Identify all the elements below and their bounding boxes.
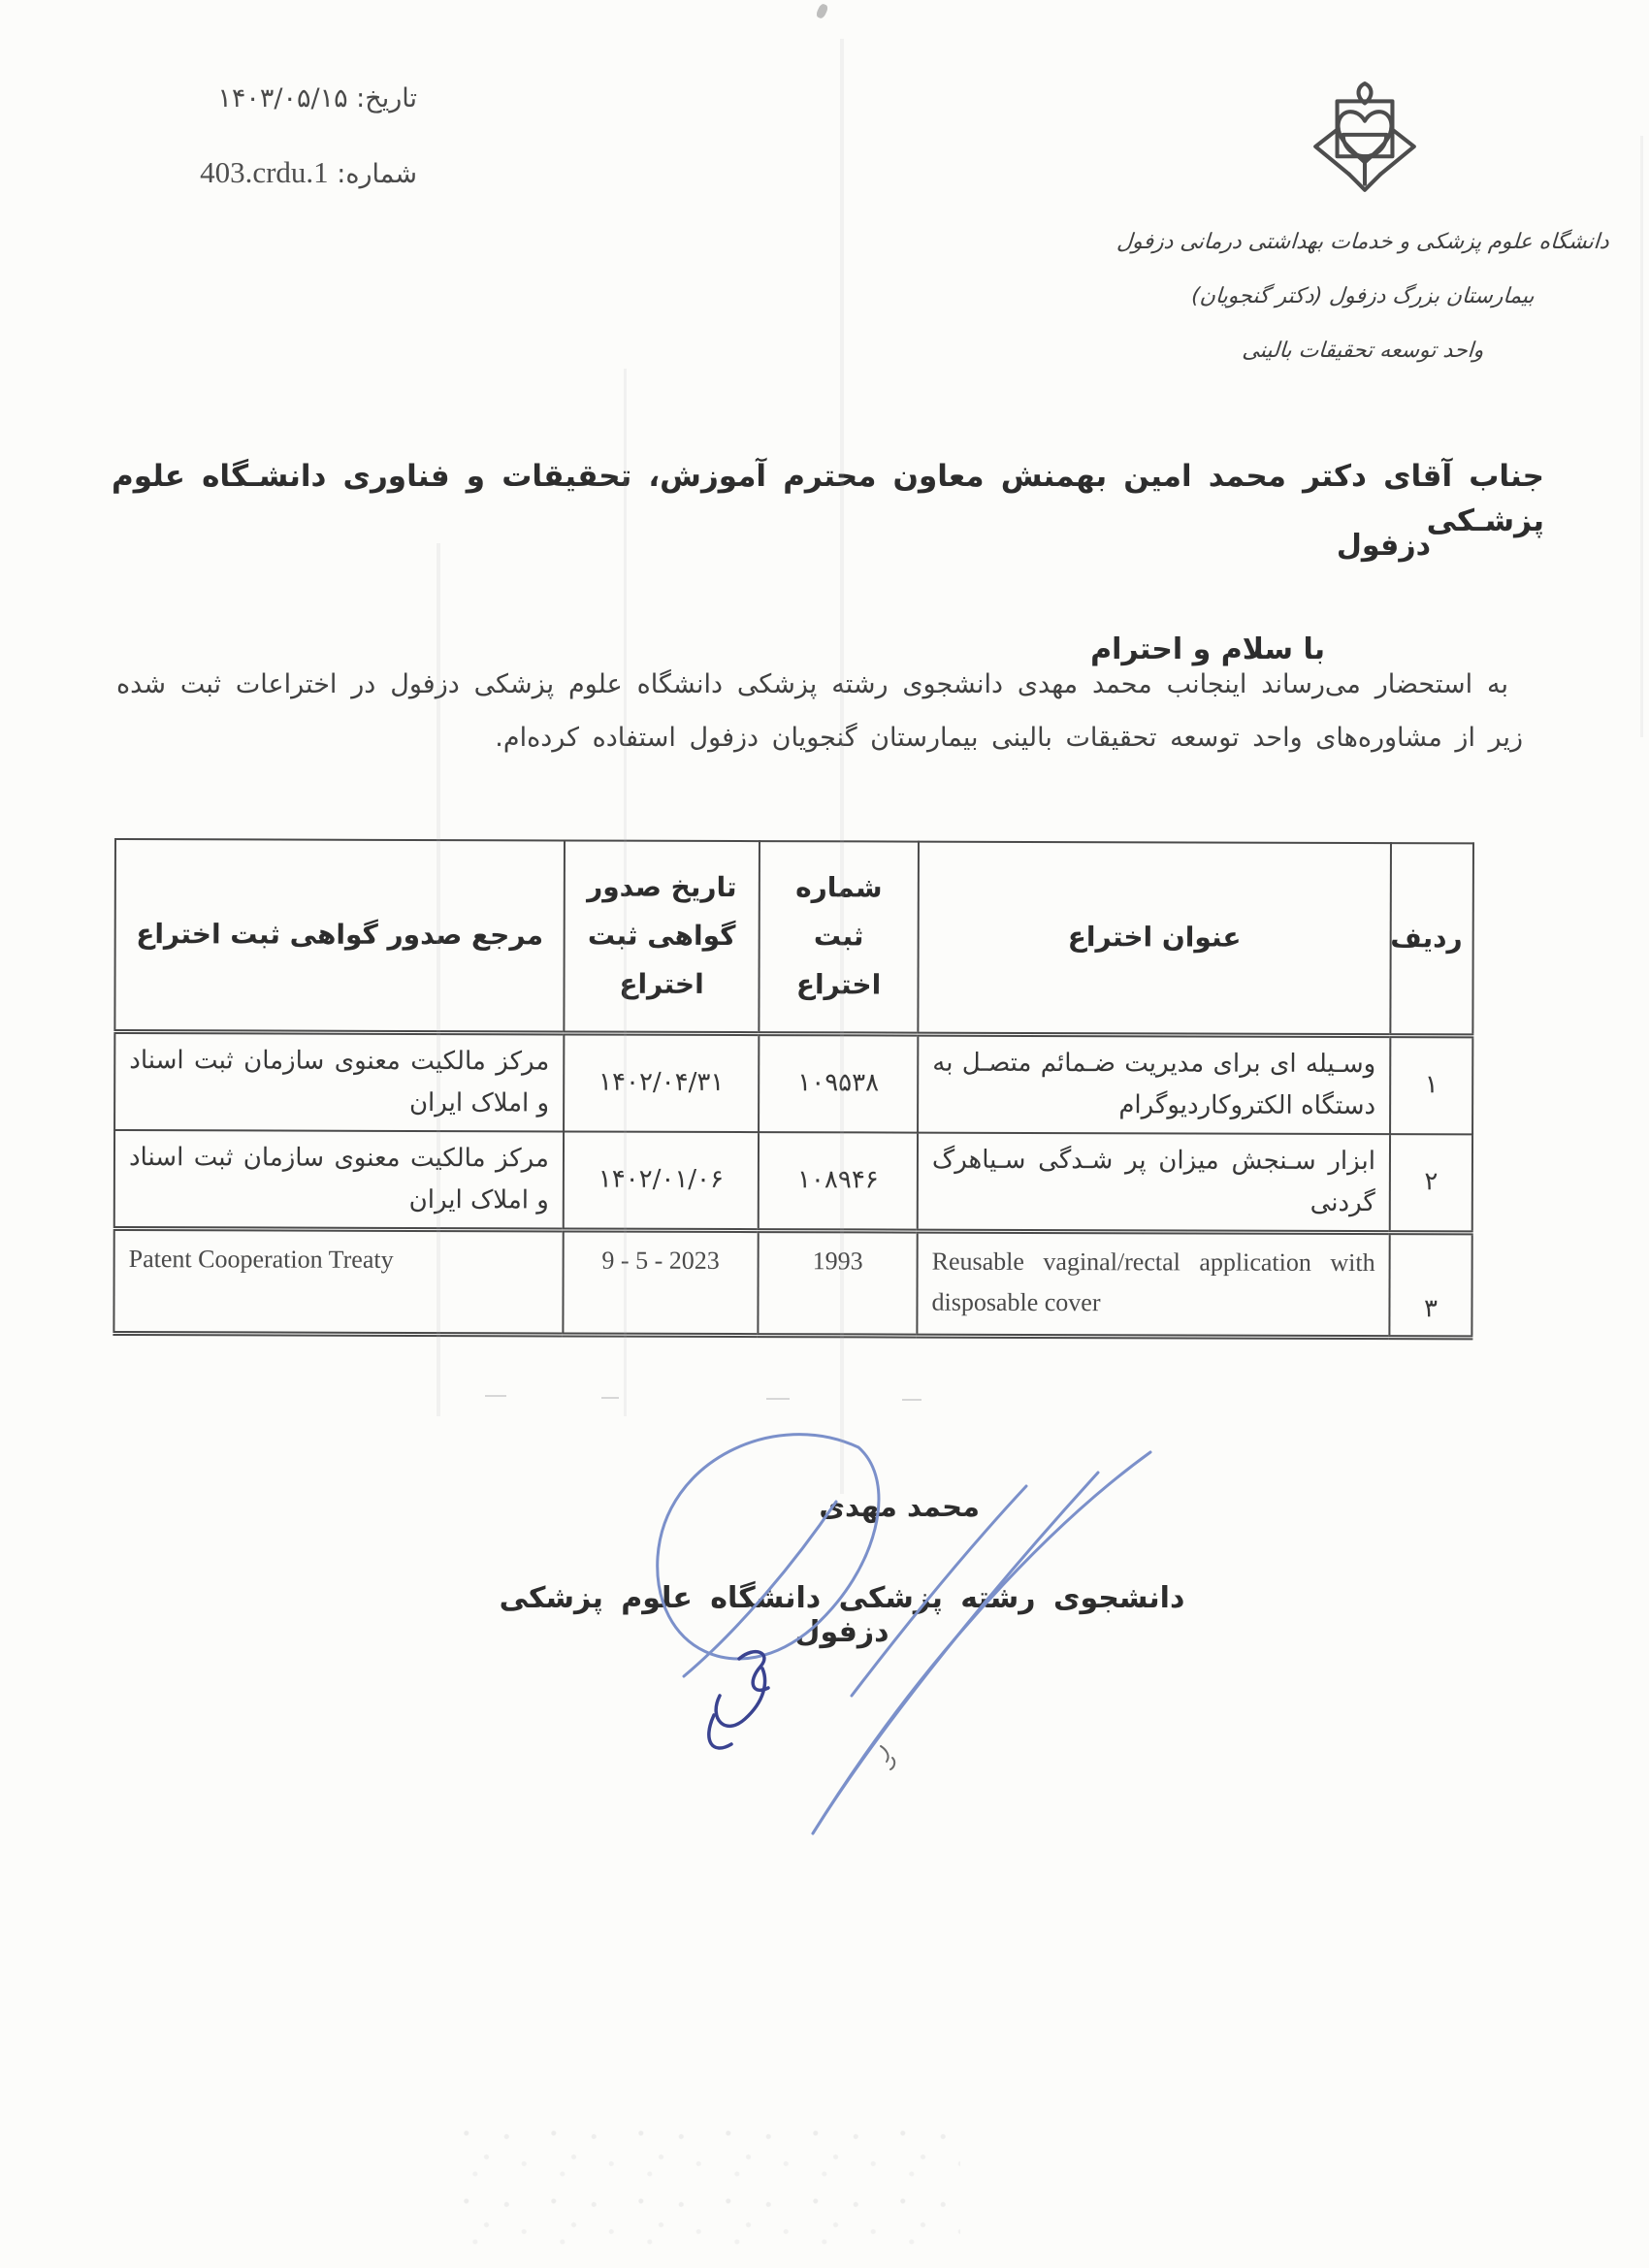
letterhead-hospital-name: بیمارستان بزرگ دزفول (دکتر گنجویان)	[1094, 270, 1632, 324]
cell-issuing-authority: مرکز مالکیت معنوی سازمان ثبت اسناد و امل…	[114, 1130, 564, 1230]
signature-scribble	[709, 1652, 768, 1748]
letter-date: تاریخ: ۱۴۰۳/۰۵/۱۵	[10, 83, 417, 113]
letterhead-text: دانشگاه علوم پزشکی و خدمات بهداشتی درمان…	[1096, 215, 1630, 378]
cell-row-number: ۱	[1390, 1035, 1472, 1134]
table-header-row: ردیف عنوان اختراع شماره ثبت اختراع تاریخ…	[114, 839, 1473, 1035]
scan-dash	[601, 1397, 619, 1399]
signature-oval-stroke	[658, 1435, 879, 1659]
letterhead-unit-name: واحد توسعه تحقیقات بالینی	[1094, 324, 1632, 378]
handwritten-signature	[543, 1397, 1222, 1882]
signature-v-stroke-right	[813, 1452, 1150, 1833]
cell-registration-number: ۱۰۸۹۴۶	[759, 1132, 918, 1231]
table-row: ۲ ابزار سـنجش میزان پر شـدگی سـیاهرگ گرد…	[114, 1130, 1472, 1233]
scan-streak	[624, 369, 627, 1416]
header-registration-number: شماره ثبت اختراع	[759, 841, 919, 1034]
addressee-line1: جناب آقای دکتر محمد امین بهمنش معاون محت…	[112, 454, 1544, 543]
header-invention-title: عنوان اختراع	[918, 842, 1391, 1036]
scan-speck	[815, 3, 828, 19]
letter-number-label: شماره:	[337, 159, 417, 189]
letter-number: شماره: 403.crdu.1	[10, 155, 417, 190]
cell-registration-number: 1993	[758, 1230, 917, 1336]
scan-dash	[485, 1395, 506, 1397]
scan-streak	[436, 543, 440, 1416]
header-issuing-authority: مرجع صدور گواهی ثبت اختراع	[114, 839, 565, 1032]
salutation: با سلام و احترام	[1090, 632, 1325, 666]
cell-issuing-authority: Patent Cooperation Treaty	[113, 1228, 563, 1334]
cell-invention-title: ابزار سـنجش میزان پر شـدگی سـیاهرگ گردنی	[918, 1132, 1390, 1232]
cell-invention-title: Reusable vaginal/rectal application with…	[917, 1231, 1389, 1338]
signature-chord-stroke	[684, 1502, 836, 1676]
body-line2: زیر از مشاوره‌های واحد توسعه تحقیقات بال…	[495, 723, 1523, 753]
header-row-number: ردیف	[1390, 843, 1473, 1035]
scan-dash	[902, 1399, 921, 1401]
cell-issue-date: ۱۴۰۲/۰۱/۰۶	[564, 1131, 759, 1230]
scanned-letter-page: تاریخ: ۱۴۰۳/۰۵/۱۵ شماره: 403.crdu.1 دانش…	[0, 0, 1649, 2268]
signature-v-stroke-left	[813, 1473, 1098, 1833]
scan-edge-line	[1640, 136, 1643, 737]
table-row: ۱ وسـیله ای برای مدیریت ضـمائم متصـل به …	[114, 1031, 1472, 1134]
table-row: ۳ Reusable vaginal/rectal application wi…	[113, 1228, 1471, 1337]
header-issue-date: تاریخ صدور گواهی ثبت اختراع	[564, 840, 760, 1033]
patents-table: ردیف عنوان اختراع شماره ثبت اختراع تاریخ…	[113, 838, 1474, 1340]
letter-number-value: 403.crdu.1	[200, 155, 329, 189]
cell-issue-date: ۱۴۰۲/۰۴/۳۱	[564, 1032, 759, 1131]
scan-dash	[766, 1398, 790, 1400]
cell-issue-date: 9 - 5 - 2023	[563, 1229, 758, 1335]
addressee-line2: دزفول	[1337, 529, 1431, 563]
cell-registration-number: ۱۰۹۵۳۸	[759, 1033, 918, 1132]
scan-streak	[840, 39, 844, 1494]
cell-issuing-authority: مرکز مالکیت معنوی سازمان ثبت اسناد و امل…	[114, 1031, 564, 1131]
letterhead-university-name: دانشگاه علوم پزشکی و خدمات بهداشتی درمان…	[1094, 215, 1632, 270]
cell-row-number: ۳	[1389, 1232, 1471, 1337]
body-line1: به استحضار می‌رساند اینجانب محمد مهدی دا…	[116, 669, 1508, 699]
cell-invention-title: وسـیله ای برای مدیریت ضـمائم متصـل به دس…	[918, 1034, 1390, 1134]
pen-mark	[881, 1746, 894, 1769]
scan-smudge	[456, 2120, 960, 2255]
cell-row-number: ۲	[1390, 1134, 1472, 1233]
ministry-of-health-logo-icon	[1306, 80, 1424, 202]
